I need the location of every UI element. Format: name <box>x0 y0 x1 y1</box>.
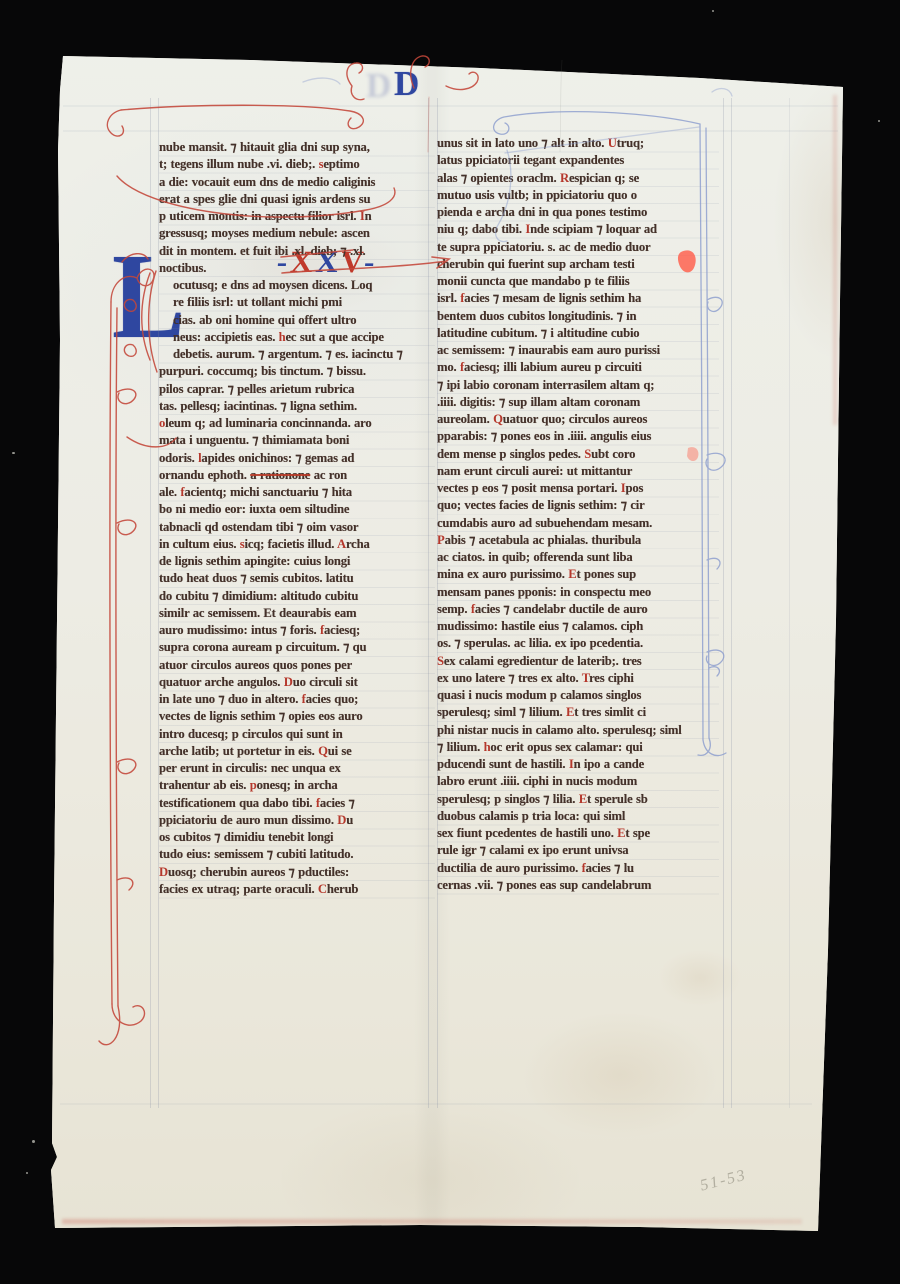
text-line: auro mudissimo: intus ⁊ foris. faciesq; <box>159 622 435 639</box>
pencil-inscription: 51-53 <box>699 1167 749 1196</box>
text-line: rule igr ⁊ calami ex ipo erunt univsa <box>437 842 719 859</box>
text-line: niu q; dabo tibi. Inde scipiam ⁊ loquar … <box>437 221 719 238</box>
text-line: ex uno latere ⁊ tres ex alto. Tres ciphi <box>437 670 719 687</box>
text-line: tudo eius: semissem ⁊ cubiti latitudo. <box>159 846 435 863</box>
text-line: dem mense p singlos pedes. Subt coro <box>437 446 719 463</box>
text-line: Sex calami egredientur de laterib;. tres <box>437 653 719 670</box>
text-line: purpuri. coccumq; bis tinctum. ⁊ bissu. <box>159 363 435 380</box>
text-line: gressusq; moyses medium nebule: ascen <box>159 225 435 242</box>
text-line: do cubitu ⁊ dimidium: altitudo cubitu <box>159 588 435 605</box>
text-line: mina ex auro purissimo. Et pones sup <box>437 566 719 583</box>
text-line: neus: accipietis eas. hec sut a que acci… <box>159 329 435 346</box>
text-line: odoris. lapides onichinos: ⁊ gemas ad <box>159 450 435 467</box>
dust-speck <box>878 120 880 122</box>
column-right: unus sit in lato uno ⁊ alt in alto. Utru… <box>437 135 719 897</box>
text-line: sex fiunt pcedentes de hastili uno. Et s… <box>437 825 719 842</box>
leaf-edge-tint-right <box>833 95 837 425</box>
text-line: mensam panes pponis: in conspectu meo <box>437 584 719 601</box>
text-line: os cubitos ⁊ dimidiu tenebit longi <box>159 829 435 846</box>
text-line: noctibus. <box>159 260 435 277</box>
text-line: ⁊ lilium. hoc erit opus sex calamar: qui <box>437 739 719 756</box>
text-line: testificationem qua dabo tibi. facies ⁊ <box>159 795 435 812</box>
text-line: in late uno ⁊ duo in altero. facies quo; <box>159 691 435 708</box>
text-line: mo. faciesq; illi labium aureu p circuit… <box>437 359 719 376</box>
text-line: nube mansit. ⁊ hitauit glia dni sup syna… <box>159 139 435 156</box>
text-line: mutuo usis vultb; in ppiciatoriu quo o <box>437 187 719 204</box>
dust-speck <box>32 1140 35 1143</box>
text-line: pducendi sunt de hastili. In ipo a cande <box>437 756 719 773</box>
text-line: per erunt in circulis: nec unqua ex <box>159 760 435 777</box>
column-left: nube mansit. ⁊ hitauit glia dni sup syna… <box>159 139 435 901</box>
text-line: a die: vocauit eum dns de medio caligini… <box>159 174 435 191</box>
text-line: pienda e archa dni in qua pones testimo <box>437 204 719 221</box>
dust-speck <box>26 1172 28 1174</box>
text-line: sperulesq; p singlos ⁊ lilia. Et sperule… <box>437 791 719 808</box>
text-line: debetis. aurum. ⁊ argentum. ⁊ es. iacinc… <box>159 346 435 363</box>
text-line: p uticem montis: in aspectu filior isrl.… <box>159 208 435 225</box>
text-line: quasi i nucis modum p calamos singlos <box>437 687 719 704</box>
text-line: cherubin qui fuerint sup archam testi <box>437 256 719 273</box>
text-line: vectes p eos ⁊ posit mensa portari. Ipos <box>437 480 719 497</box>
text-line: ornandu ephoth. a rationone ac ron <box>159 467 435 484</box>
text-line: similr ac semissem. Et deaurabis eam <box>159 605 435 622</box>
text-line: aureolam. Quatuor quo; circulos aureos <box>437 411 719 428</box>
text-line: duobus calamis p tria loca: qui siml <box>437 808 719 825</box>
text-line: phi nistar nucis in calamo alto. sperule… <box>437 722 719 739</box>
text-line: pparabis: ⁊ pones eos in .iiii. angulis … <box>437 428 719 445</box>
text-line: pilos caprar. ⁊ pelles arietum rubrica <box>159 381 435 398</box>
text-line: trahentur ab eis. ponesq; in archa <box>159 777 435 794</box>
text-line: ac ciatos. in quib; offerenda sunt liba <box>437 549 719 566</box>
text-line: atuor circulos aureos quos pones per <box>159 657 435 674</box>
text-line: ppiciatoriu de auro mun dissimo. Du <box>159 812 435 829</box>
text-line: tas. pellesq; iacintinas. ⁊ ligna sethim… <box>159 398 435 415</box>
text-line: Duosq; cherubin aureos ⁊ pductiles: <box>159 864 435 881</box>
text-line: tabnacli qd ostendam tibi ⁊ oim vasor <box>159 519 435 536</box>
text-line: bo ni medio eor: iuxta oem siltudine <box>159 501 435 518</box>
text-line: cumdabis auro ad subuehendam mesam. <box>437 515 719 532</box>
running-title: D <box>394 64 419 104</box>
text-line: .iiii. digitis: ⁊ sup illam altam corona… <box>437 394 719 411</box>
text-line: re filiis isrl: ut tollant michi pmi <box>159 294 435 311</box>
dust-speck <box>12 452 15 454</box>
dust-speck <box>712 10 714 12</box>
text-line: ocutusq; e dns ad moysen dicens. Loq <box>159 277 435 294</box>
photo-background: D -XXV- L nube mansit. ⁊ hitauit glia dn… <box>0 0 900 1284</box>
text-line: quo; vectes facies de lignis sethim: ⁊ c… <box>437 497 719 514</box>
text-line: erat a spes glie dni quasi ignis ardens … <box>159 191 435 208</box>
text-line: de lignis sethim apingite: cuius longi <box>159 553 435 570</box>
text-line: unus sit in lato uno ⁊ alt in alto. Utru… <box>437 135 719 152</box>
text-line: intro ducesq; p circulos qui sunt in <box>159 726 435 743</box>
text-line: bentem duos cubitos longitudinis. ⁊ in <box>437 308 719 325</box>
text-line: vectes de lignis sethim ⁊ opies eos auro <box>159 708 435 725</box>
text-line: ductilia de auro purissimo. facies ⁊ lu <box>437 860 719 877</box>
manuscript-leaf: D -XXV- L nube mansit. ⁊ hitauit glia dn… <box>0 0 900 1284</box>
text-line: sperulesq; siml ⁊ lilium. Et tres simlit… <box>437 704 719 721</box>
text-line: alas ⁊ opientes oraclm. Respician q; se <box>437 170 719 187</box>
text-line: semp. facies ⁊ candelabr ductile de auro <box>437 601 719 618</box>
text-line: tudo heat duos ⁊ semis cubitos. latitu <box>159 570 435 587</box>
text-line: mata i unguentu. ⁊ thimiamata boni <box>159 432 435 449</box>
text-line: ale. facientq; michi sanctuariu ⁊ hita <box>159 484 435 501</box>
text-line: cernas .vii. ⁊ pones eas sup candelabrum <box>437 877 719 894</box>
text-line: Pabis ⁊ acetabula ac phialas. thuribula <box>437 532 719 549</box>
text-line: os. ⁊ sperulas. ac lilia. ex ipo pcedent… <box>437 635 719 652</box>
text-line: dit in montem. et fuit ibi .xl. dieb; ⁊ … <box>159 243 435 260</box>
text-line: nam erunt circuli aurei: ut mittantur <box>437 463 719 480</box>
text-line: monii cuncta que mandabo p te filiis <box>437 273 719 290</box>
text-line: isrl. facies ⁊ mesam de lignis sethim ha <box>437 290 719 307</box>
text-line: quatuor arche angulos. Duo circuli sit <box>159 674 435 691</box>
text-line: cias. ab oni homine qui offert ultro <box>159 312 435 329</box>
leaf-edge-tint-bottom <box>62 1219 802 1224</box>
text-line: ⁊ ipi labio coronam interrasilem altam q… <box>437 377 719 394</box>
text-line: facies ex utraq; parte oraculi. Cherub <box>159 881 435 898</box>
text-line: supra corona auream p circuitum. ⁊ qu <box>159 639 435 656</box>
text-line: latus ppiciatorii tegant expandentes <box>437 152 719 169</box>
text-line: oleum q; ad luminaria concinnanda. aro <box>159 415 435 432</box>
text-line: t; tegens illum nube .vi. dieb;. septimo <box>159 156 435 173</box>
text-line: mudissimo: hastile eius ⁊ calamos. ciph <box>437 618 719 635</box>
text-line: labro erunt .iiii. ciphi in nucis modum <box>437 773 719 790</box>
text-line: te supra ppiciatoriu. s. ac de medio duo… <box>437 239 719 256</box>
text-line: ac semissem: ⁊ inaurabis eam auro puriss… <box>437 342 719 359</box>
text-line: in cultum eius. sicq; facietis illud. Ar… <box>159 536 435 553</box>
text-line: latitudine cubitum. ⁊ i altitudine cubio <box>437 325 719 342</box>
text-line: arche latib; ut portetur in eis. Qui se <box>159 743 435 760</box>
